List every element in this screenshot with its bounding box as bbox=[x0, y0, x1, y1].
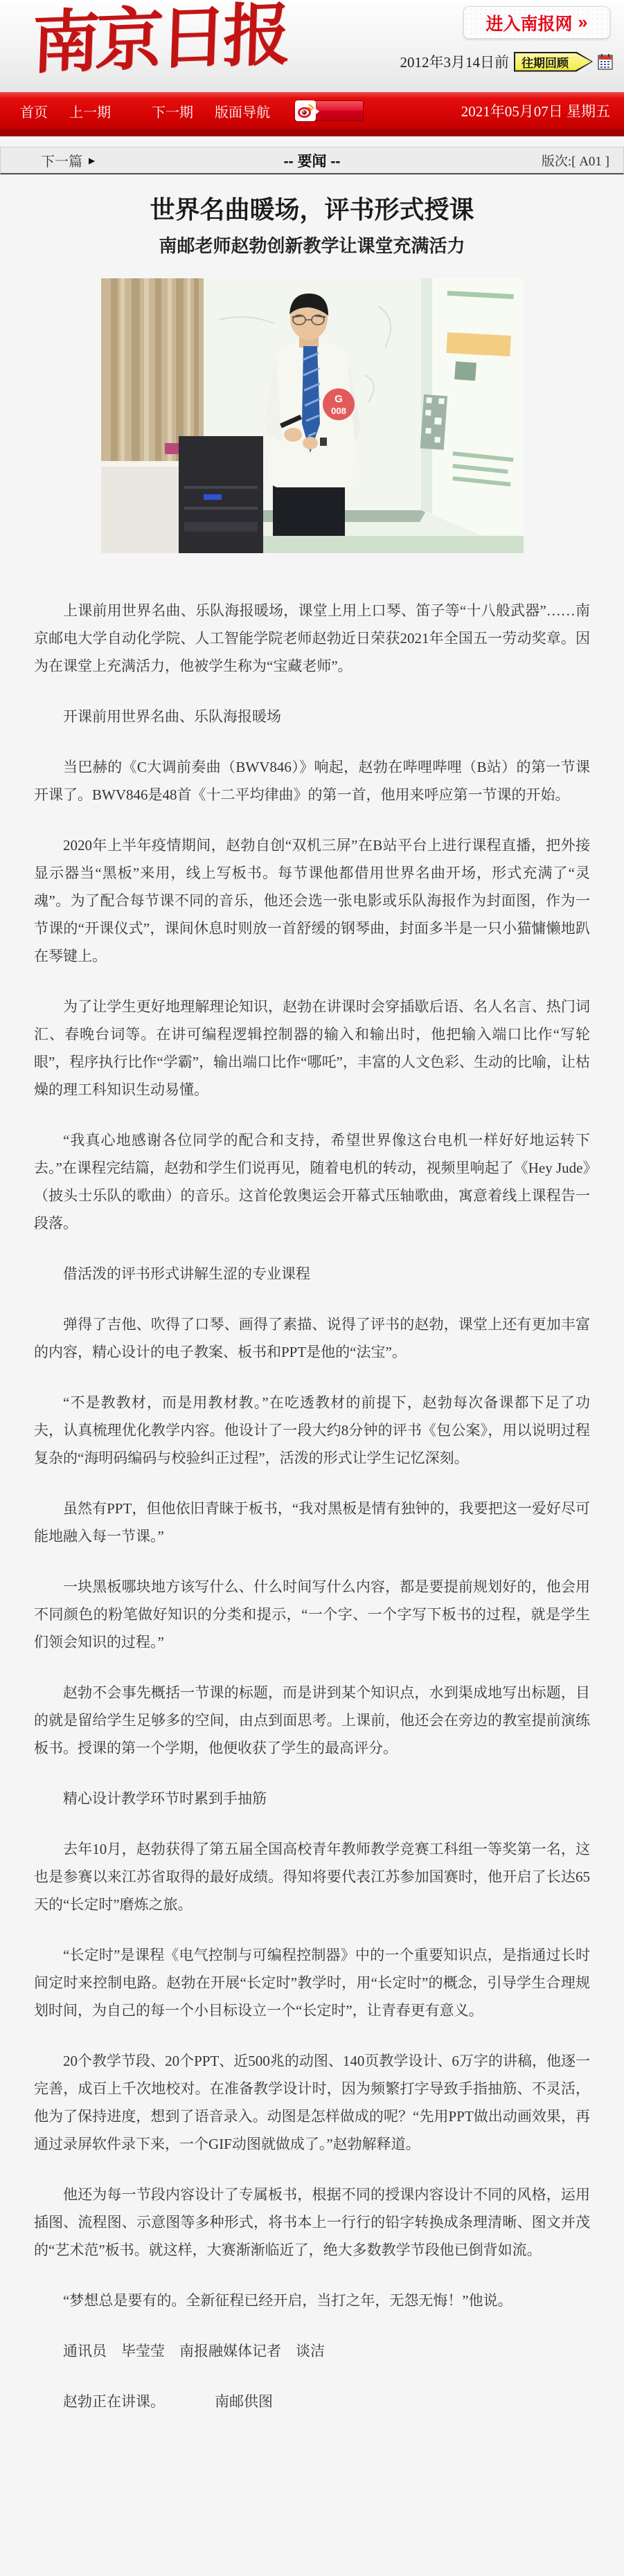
weibo-icon bbox=[295, 100, 316, 121]
article-body: 上课前用世界名曲、乐队海报暖场，课堂上用上口琴、笛子等“十八般武器”……南京邮电… bbox=[34, 597, 590, 2415]
article-paragraph: “长定时”是课程《电气控制与可编程控制器》中的一个重要知识点，是指通过长时间定时… bbox=[34, 1941, 590, 2024]
article-photo: G 008 bbox=[101, 278, 524, 553]
triangle-right-icon: ▶ bbox=[89, 156, 95, 165]
article-paragraph: 2020年上半年疫情期间，赵勃自创“双机三屏”在B站平台上进行课程直播，把外接显… bbox=[34, 831, 590, 970]
byline: 通讯员 毕莹莹 南报融媒体记者 谈洁 bbox=[34, 2337, 590, 2365]
enter-site-button[interactable]: 进入南报网 » bbox=[463, 6, 610, 39]
archive-button-label: 往期回顾 bbox=[515, 53, 591, 71]
edition-label: 版次:[ A01 ] bbox=[542, 151, 609, 170]
enter-site-label: 进入南报网 bbox=[486, 10, 573, 35]
nav-item-下一期[interactable]: 下一期 bbox=[152, 101, 193, 121]
archive-date: 2012年3月14日前 bbox=[400, 51, 510, 72]
issue-date: 2021年05月07日 星期五 bbox=[461, 92, 610, 129]
nav-item-版面导航[interactable]: 版面导航 bbox=[215, 101, 270, 121]
subnav-bar: 下一篇 ▶ -- 要闻 -- 版次:[ A01 ] bbox=[0, 147, 624, 174]
photo-badge-letter: G bbox=[335, 393, 343, 405]
section-heading: 开课前用世界名曲、乐队海报暖场 bbox=[34, 703, 590, 730]
nav-item-首页[interactable]: 首页 bbox=[20, 101, 48, 121]
weibo-share-button[interactable] bbox=[314, 100, 364, 121]
photo-credit: 南邮供图 bbox=[215, 2393, 273, 2410]
article-paragraph: 上课前用世界名曲、乐队海报暖场，课堂上用上口琴、笛子等“十八般武器”……南京邮电… bbox=[34, 597, 590, 680]
article-paragraph: 虽然有PPT，但他依旧青睐于板书，“我对黑板是情有独钟的，我要把这一爱好尽可能地… bbox=[34, 1495, 590, 1550]
next-article-label: 下一篇 bbox=[41, 150, 82, 170]
section-heading: 精心设计教学环节时累到手抽筋 bbox=[34, 1785, 590, 1812]
article-paragraph: 去年10月，赵勃获得了第五届全国高校青年教师教学竞赛工科组一等奖第一名，这也是参… bbox=[34, 1835, 590, 1918]
article-paragraph: “我真心地感谢各位同学的配合和支持，希望世界像这台电机一样好好地运转下去。”在课… bbox=[34, 1126, 590, 1237]
article-paragraph: 当巴赫的《C大调前奏曲（BWV846）》响起，赵勃在哔哩哔哩（B站）的第一节课开… bbox=[34, 753, 590, 809]
article-paragraph: “梦想总是要有的。全新征程已经开启，当打之年，无怨无悔！”他说。 bbox=[34, 2287, 590, 2314]
main-navbar: 首页上一期下一期版面导航 2021年05月07日 星期五 bbox=[0, 92, 624, 136]
weibo-share-widget[interactable] bbox=[295, 100, 364, 121]
article-paragraph: 赵勃不会事先概括一节课的标题，而是讲到某个知识点，水到渠成地写出标题，目的就是留… bbox=[34, 1679, 590, 1762]
newspaper-page: 南京日报 进入南报网 » 2012年3月14日前 往期回顾 bbox=[0, 0, 624, 2576]
navbar-items: 首页上一期下一期版面导航 bbox=[20, 92, 270, 129]
newspaper-logo: 南京日报 bbox=[30, 0, 288, 89]
calendar-icon[interactable] bbox=[598, 53, 613, 70]
section-heading: 借活泼的评书形式讲解生涩的专业课程 bbox=[34, 1260, 590, 1288]
article-title: 世界名曲暖场，评书形式授课 bbox=[28, 196, 596, 224]
next-article-link[interactable]: 下一篇 ▶ bbox=[41, 150, 95, 170]
article-paragraph: “不是教教材，而是用教材教。”在吃透教材的前提下，赵勃每次备课都下足了功夫，认真… bbox=[34, 1389, 590, 1472]
photo-badge-number: 008 bbox=[331, 406, 346, 416]
double-chevron-icon: » bbox=[578, 12, 588, 33]
archive-button[interactable]: 往期回顾 bbox=[514, 52, 593, 72]
article-paragraph: 他还为每一节段内容设计了专属板书，根据不同的授课内容设计不同的风格，运用插图、流… bbox=[34, 2181, 590, 2264]
article-paragraph: 为了让学生更好地理解理论知识，赵勃在讲课时会穿插歇后语、名人名言、热门词汇、春晚… bbox=[34, 993, 590, 1104]
article: 世界名曲暖场，评书形式授课 南邮老师赵勃创新教学让课堂充满活力 bbox=[0, 196, 624, 2415]
photo-caption-row: 赵勃正在讲课。南邮供图 bbox=[34, 2388, 590, 2415]
archive-row: 2012年3月14日前 往期回顾 bbox=[400, 51, 614, 72]
article-paragraph: 弹得了吉他、吹得了口琴、画得了素描、说得了评书的赵勃，课堂上还有更加丰富的内容，… bbox=[34, 1310, 590, 1366]
section-label: -- 要闻 -- bbox=[284, 150, 341, 171]
nav-item-上一期[interactable]: 上一期 bbox=[69, 101, 111, 121]
article-subtitle: 南邮老师赵勃创新教学让课堂充满活力 bbox=[28, 236, 596, 255]
photo-caption: 赵勃正在讲课。 bbox=[63, 2393, 165, 2410]
article-paragraph: 20个教学节段、20个PPT、近500兆的动图、140页教学设计、6万字的讲稿，… bbox=[34, 2047, 590, 2158]
article-paragraph: 一块黑板哪块地方该写什么、什么时间写什么内容，都是要提前规划好的，他会用不同颜色… bbox=[34, 1573, 590, 1656]
masthead: 南京日报 进入南报网 » 2012年3月14日前 往期回顾 bbox=[0, 0, 624, 92]
